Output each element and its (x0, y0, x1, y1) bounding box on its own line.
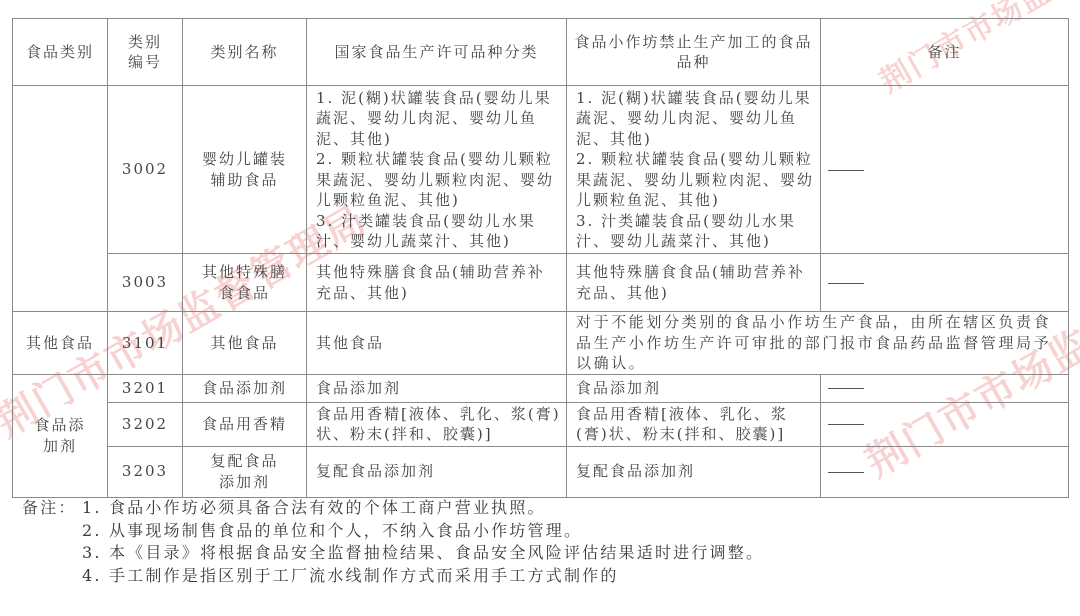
note-item: 3. 本《目录》将根据食品安全监督抽检结果、食品安全风险评估结果适时进行调整。 (22, 542, 764, 565)
cell-code: 3201 (108, 374, 183, 402)
cell-code: 3002 (108, 86, 183, 254)
note-text: 2. 从事现场制售食品的单位和个人，不纳入食品小作坊管理。 (82, 520, 582, 543)
cell-national-classification: 食品添加剂 (307, 374, 567, 402)
notes-label: 备注： (22, 497, 82, 520)
header-remarks: 备注 (821, 19, 1069, 86)
list-item: 3. 汁类罐装食品(婴幼儿水果汁、婴幼儿蔬菜汁、其他) (576, 211, 815, 252)
cell-national-classification: 复配食品添加剂 (307, 446, 567, 497)
cell-remarks (821, 402, 1069, 446)
cell-prohibited-varieties: 其他特殊膳食食品(辅助营养补充品、其他) (567, 254, 821, 312)
cell-merged-note: 对于不能划分类别的食品小作坊生产食品，由所在辖区负责食品生产小作坊生产许可审批的… (567, 312, 1069, 375)
header-category-name: 类别名称 (183, 19, 307, 86)
cell-remarks (821, 446, 1069, 497)
cell-code: 3003 (108, 254, 183, 312)
dash-mark (828, 424, 864, 425)
cell-category (13, 86, 108, 312)
header-row: 食品类别 类别 编号 类别名称 国家食品生产许可品种分类 食品小作坊禁止生产加工… (13, 19, 1069, 86)
cell-name: 其他食品 (183, 312, 307, 375)
table-row: 其他食品 3101 其他食品 其他食品 对于不能划分类别的食品小作坊生产食品，由… (13, 312, 1069, 375)
dash-mark (828, 472, 864, 473)
table-row: 3202 食品用香精 食品用香精[液体、乳化、浆(膏)状、粉末(拌和、胶囊)] … (13, 402, 1069, 446)
food-catalog-table: 食品类别 类别 编号 类别名称 国家食品生产许可品种分类 食品小作坊禁止生产加工… (12, 18, 1069, 498)
cell-national-classification: 食品用香精[液体、乳化、浆(膏)状、粉末(拌和、胶囊)] (307, 402, 567, 446)
table-row: 食品添加剂 3201 食品添加剂 食品添加剂 食品添加剂 (13, 374, 1069, 402)
header-national-classification: 国家食品生产许可品种分类 (307, 19, 567, 86)
cell-remarks (821, 254, 1069, 312)
note-text: 1. 食品小作坊必须具备合法有效的个体工商户营业执照。 (82, 497, 546, 520)
table-row: 3203 复配食品添加剂 复配食品添加剂 复配食品添加剂 (13, 446, 1069, 497)
list-item: 3. 汁类罐装食品(婴幼儿水果汁、婴幼儿蔬菜汁、其他) (316, 211, 561, 252)
cell-name: 复配食品添加剂 (183, 446, 307, 497)
document-page: 荆门市市场监督管理局 荆门市市场监督管理局 荆门市市场监督管理局 食品类别 类别… (0, 0, 1080, 616)
cell-code: 3202 (108, 402, 183, 446)
dash-mark (828, 170, 864, 171)
cell-prohibited-varieties: 食品添加剂 (567, 374, 821, 402)
cell-prohibited-varieties: 1. 泥(糊)状罐装食品(婴幼儿果蔬泥、婴幼儿肉泥、婴幼儿鱼泥、其他) 2. 颗… (567, 86, 821, 254)
cell-national-classification: 其他食品 (307, 312, 567, 375)
header-prohibited-varieties: 食品小作坊禁止生产加工的食品品种 (567, 19, 821, 86)
notes-section: 备注： 1. 食品小作坊必须具备合法有效的个体工商户营业执照。 2. 从事现场制… (22, 497, 764, 587)
note-item: 4. 手工制作是指区别于工厂流水线制作方式而采用手工方式制作的 (22, 565, 764, 588)
note-text: 3. 本《目录》将根据食品安全监督抽检结果、食品安全风险评估结果适时进行调整。 (82, 542, 764, 565)
cell-prohibited-varieties: 食品用香精[液体、乳化、浆(膏)状、粉末(拌和、胶囊)] (567, 402, 821, 446)
cell-prohibited-varieties: 复配食品添加剂 (567, 446, 821, 497)
dash-mark (828, 388, 864, 389)
list-item: 1. 泥(糊)状罐装食品(婴幼儿果蔬泥、婴幼儿肉泥、婴幼儿鱼泥、其他) (316, 88, 561, 150)
cell-remarks (821, 374, 1069, 402)
table-row: 3003 其他特殊膳食食品 其他特殊膳食食品(辅助营养补充品、其他) 其他特殊膳… (13, 254, 1069, 312)
note-item: 2. 从事现场制售食品的单位和个人，不纳入食品小作坊管理。 (22, 520, 764, 543)
note-item: 备注： 1. 食品小作坊必须具备合法有效的个体工商户营业执照。 (22, 497, 764, 520)
list-item: 2. 颗粒状罐装食品(婴幼儿颗粒果蔬泥、婴幼儿颗粒肉泥、婴幼儿颗粒鱼泥、其他) (316, 149, 561, 211)
header-food-category: 食品类别 (13, 19, 108, 86)
cell-category: 食品添加剂 (13, 374, 108, 497)
cell-name: 其他特殊膳食食品 (183, 254, 307, 312)
cell-name: 食品添加剂 (183, 374, 307, 402)
cell-category: 其他食品 (13, 312, 108, 375)
cell-remarks (821, 86, 1069, 254)
cell-code: 3101 (108, 312, 183, 375)
cell-name: 婴幼儿罐装辅助食品 (183, 86, 307, 254)
dash-mark (828, 283, 864, 284)
cell-national-classification: 1. 泥(糊)状罐装食品(婴幼儿果蔬泥、婴幼儿肉泥、婴幼儿鱼泥、其他) 2. 颗… (307, 86, 567, 254)
cell-name: 食品用香精 (183, 402, 307, 446)
header-category-code: 类别 编号 (108, 19, 183, 86)
table-row: 3002 婴幼儿罐装辅助食品 1. 泥(糊)状罐装食品(婴幼儿果蔬泥、婴幼儿肉泥… (13, 86, 1069, 254)
list-item: 2. 颗粒状罐装食品(婴幼儿颗粒果蔬泥、婴幼儿颗粒肉泥、婴幼儿颗粒鱼泥、其他) (576, 149, 815, 211)
note-text: 4. 手工制作是指区别于工厂流水线制作方式而采用手工方式制作的 (82, 565, 619, 588)
cell-code: 3203 (108, 446, 183, 497)
list-item: 1. 泥(糊)状罐装食品(婴幼儿果蔬泥、婴幼儿肉泥、婴幼儿鱼泥、其他) (576, 88, 815, 150)
cell-national-classification: 其他特殊膳食食品(辅助营养补充品、其他) (307, 254, 567, 312)
